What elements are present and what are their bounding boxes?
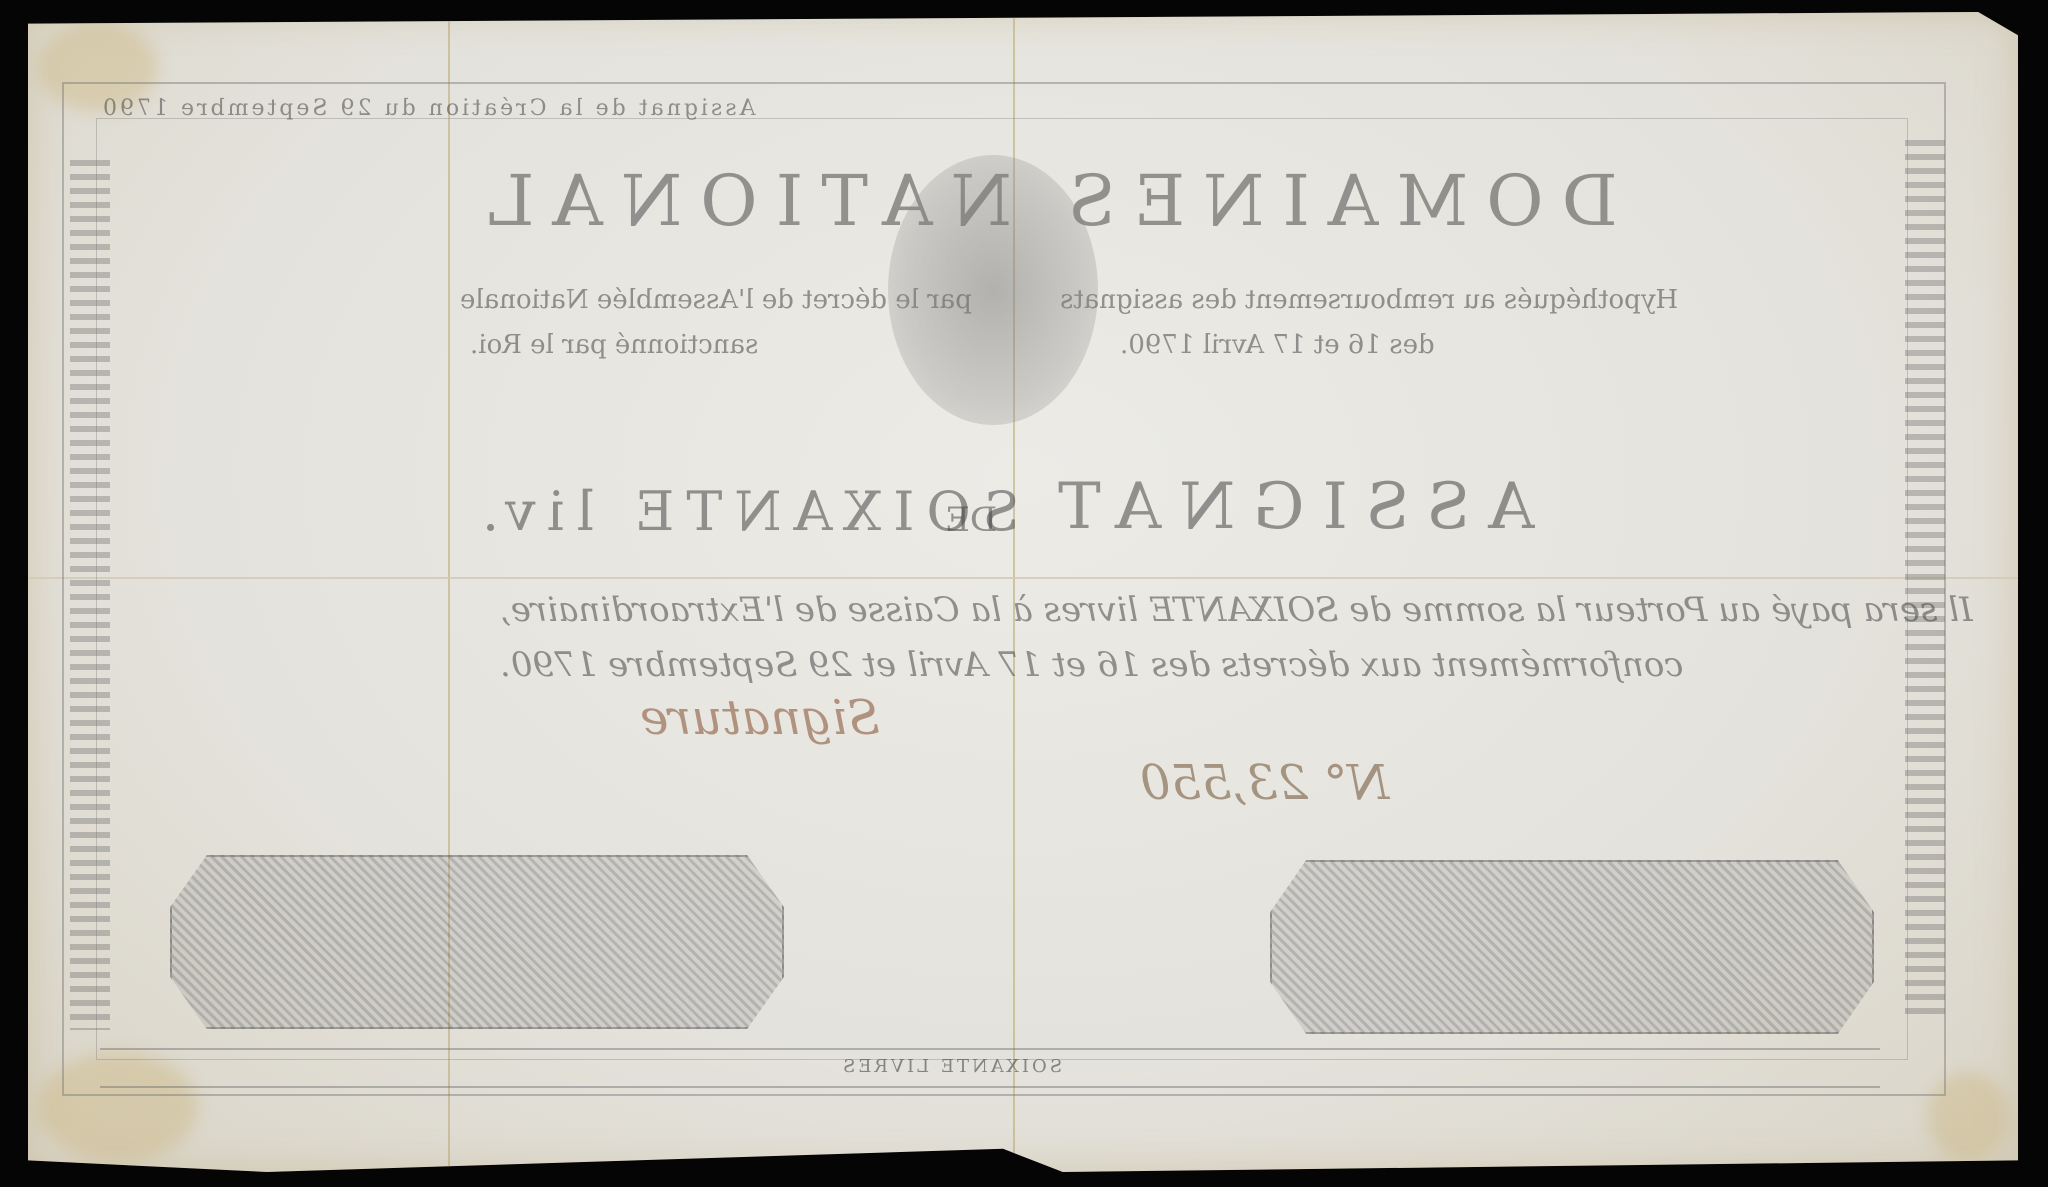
right-border-ornament	[1905, 140, 1945, 1020]
body-line-1: Il sera payé au Porteur la somme de SOIX…	[500, 590, 1973, 630]
value-label: SOIXANTE liv.	[470, 480, 1020, 543]
top-band-text: Assignat de la Création du 29 Septembre …	[100, 96, 755, 121]
signature: Signature	[640, 690, 880, 746]
right-cartouche	[1270, 860, 1874, 1034]
body-line-2: conformément aux décrets des 16 et 17 Av…	[500, 645, 1683, 685]
bottom-band: SOIXANTE LIVRES	[100, 1048, 1880, 1088]
serial-number: N° 23,550	[1140, 755, 1389, 811]
subtitle-right-2: des 16 et 17 Avril 1790.	[1120, 330, 1435, 360]
portrait-medallion	[888, 155, 1098, 425]
left-border-ornament	[70, 160, 110, 1030]
left-cartouche	[170, 855, 784, 1029]
subtitle-right: Hypothéqués au remboursement des assigna…	[1060, 285, 1678, 315]
subtitle-left-2: sanctionné par le Roi.	[470, 330, 758, 360]
bottom-band-text: SOIXANTE LIVRES	[840, 1056, 1062, 1077]
assignat-label: ASSIGNAT	[1040, 470, 1535, 544]
title-right: DOMAINES	[1050, 160, 1618, 242]
